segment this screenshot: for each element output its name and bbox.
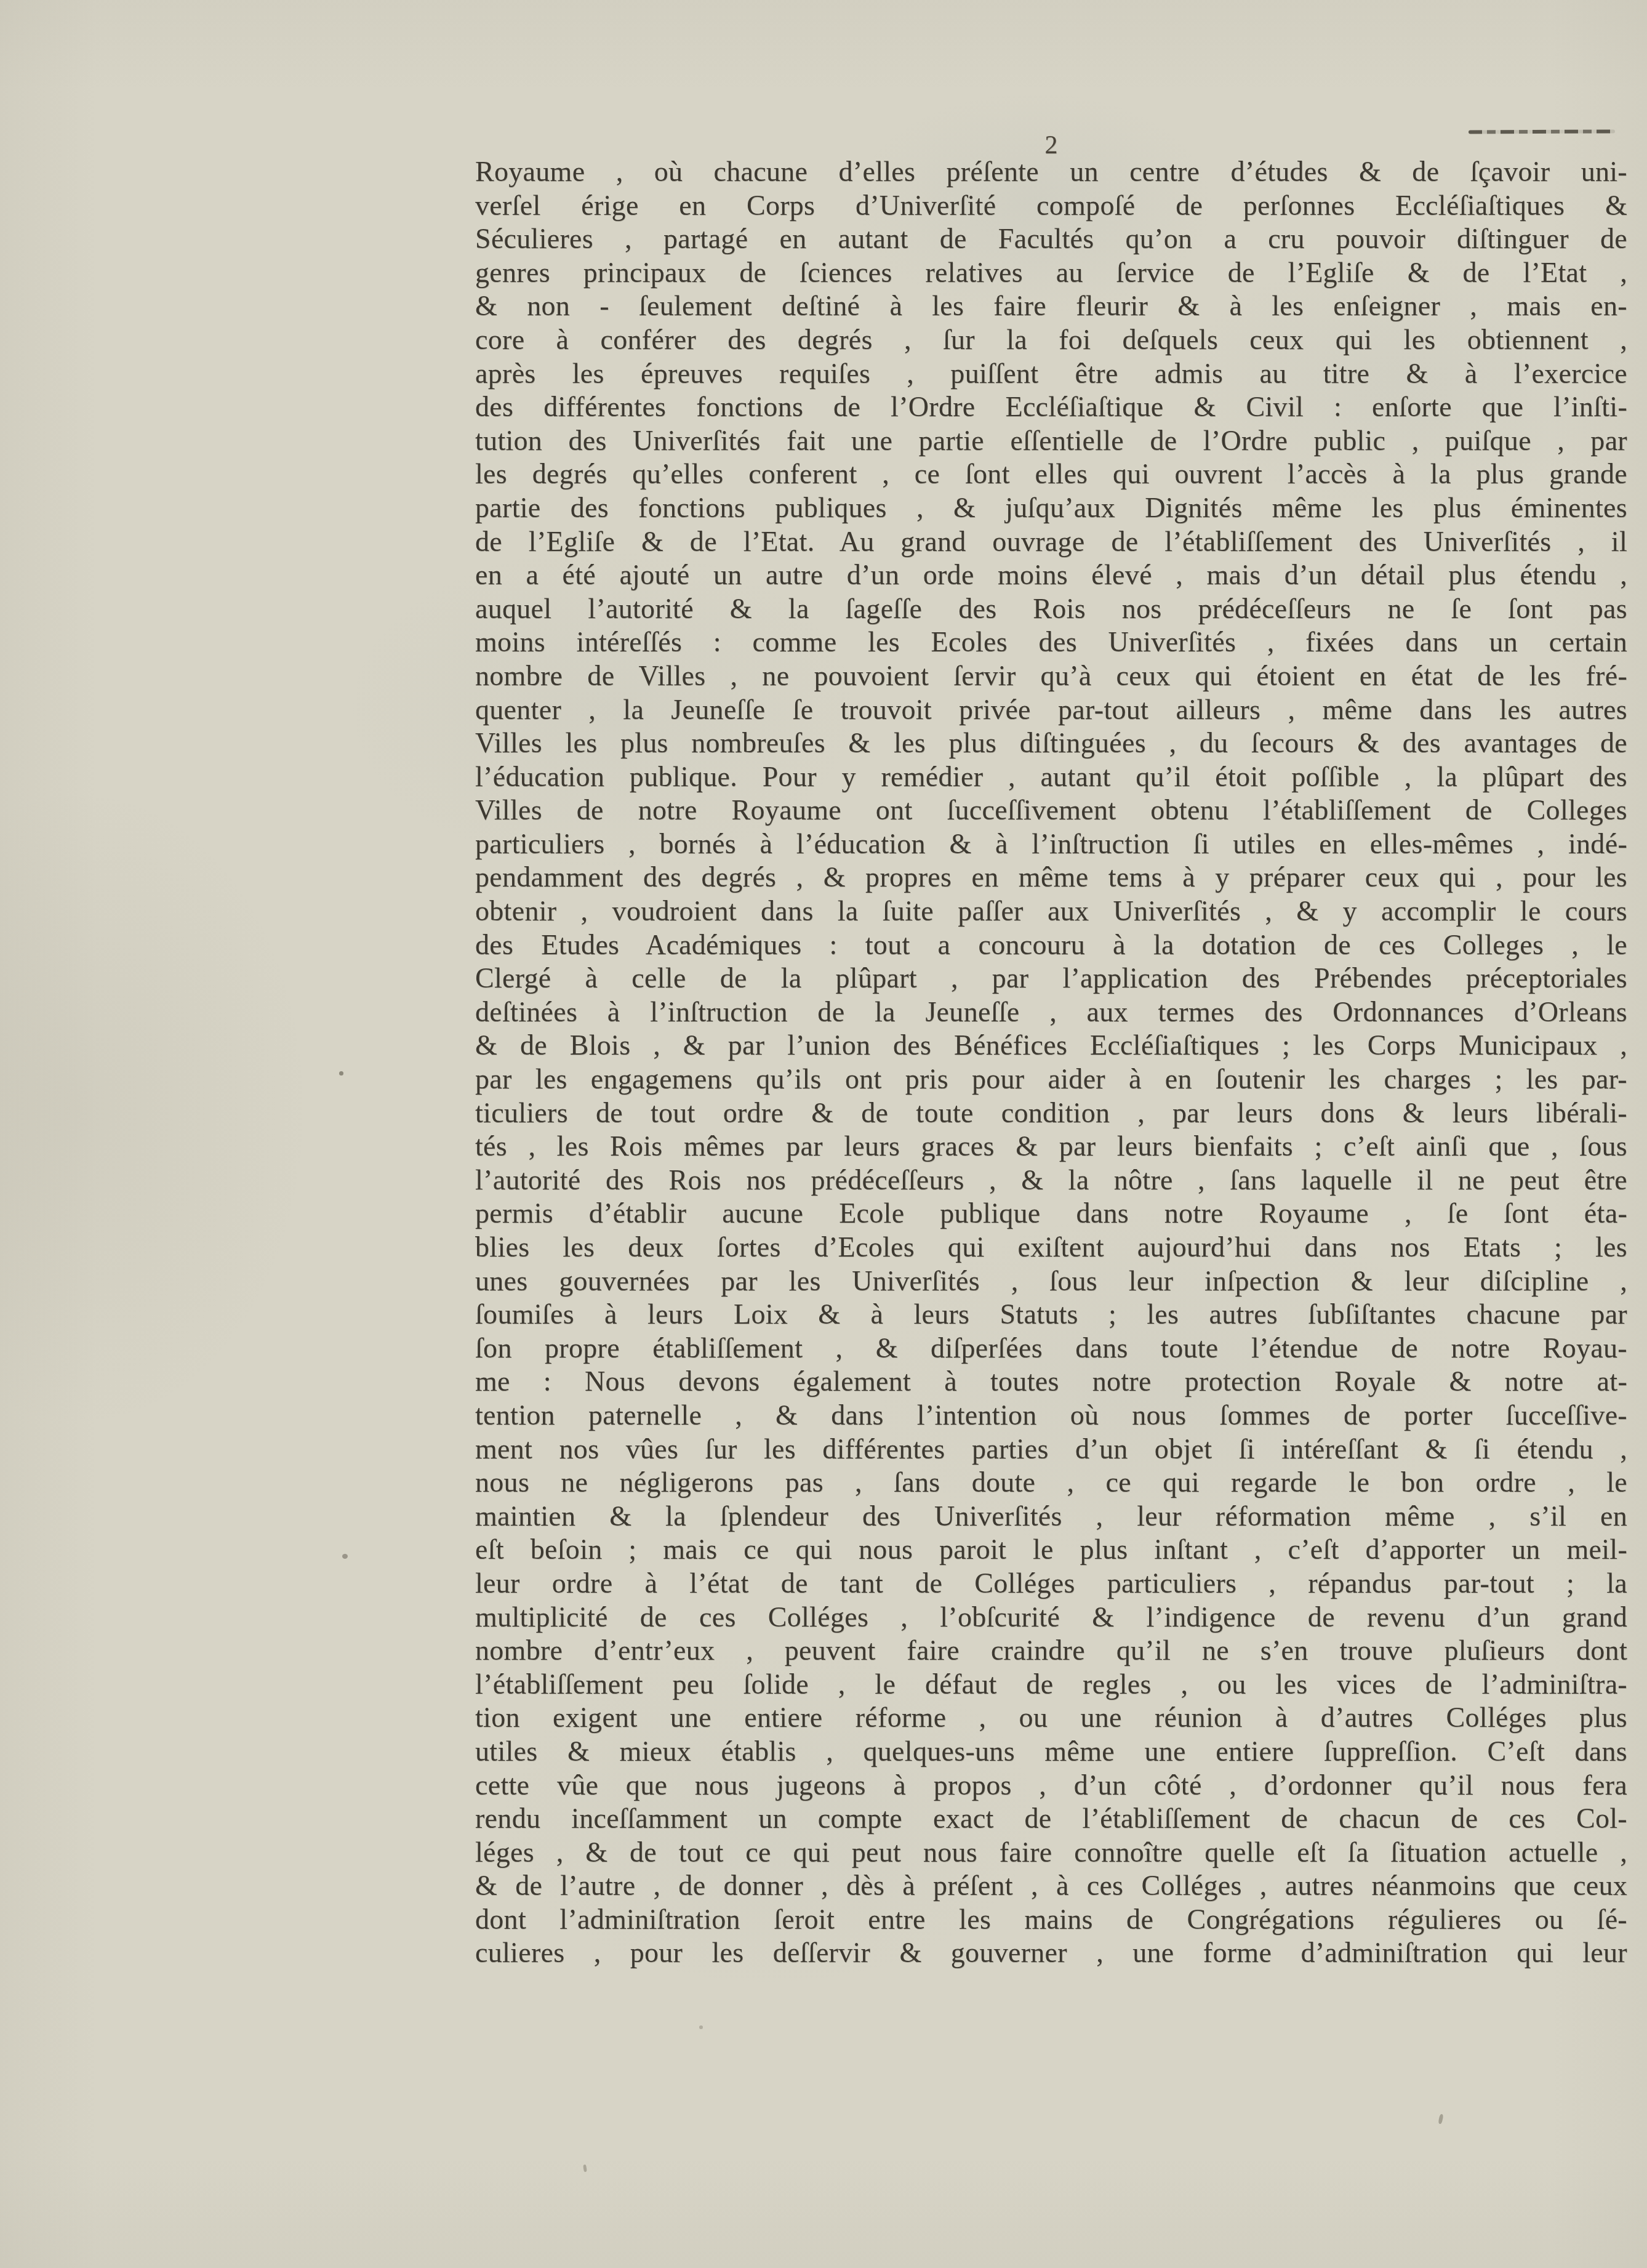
text-line: permis d’établir aucune Ecole publique d…: [475, 1197, 1627, 1231]
text-line: partie des fonctions publiques , & juſqu…: [475, 491, 1627, 525]
text-line: unes gouvernées par les Univerſités , ſo…: [475, 1265, 1627, 1298]
text-line: multiplicité de ces Colléges , l’obſcuri…: [475, 1601, 1627, 1635]
text-line: moins intéreſſés : comme les Ecoles des …: [475, 625, 1627, 659]
text-line: de l’Egliſe & de l’Etat. Au grand ouvrag…: [475, 525, 1627, 559]
text-line: & de l’autre , de donner , dès à préſent…: [475, 1869, 1627, 1903]
text-line: léges , & de tout ce qui peut nous faire…: [475, 1836, 1627, 1870]
text-line: Villes les plus nombreuſes & les plus di…: [475, 726, 1627, 760]
text-line: deſtinées à l’inſtruction de la Jeuneſſe…: [475, 995, 1627, 1029]
text-line: tés , les Rois mêmes par leurs graces & …: [475, 1130, 1627, 1164]
text-line: l’établiſſement peu ſolide , le défaut d…: [475, 1668, 1627, 1702]
text-line: me : Nous devons également à toutes notr…: [475, 1365, 1627, 1399]
text-line: core à conférer des degrés , ſur la foi …: [475, 323, 1627, 357]
text-line: tion exigent une entiere réforme , ou un…: [475, 1701, 1627, 1735]
text-line: nombre de Villes , ne pouvoient ſervir q…: [475, 659, 1627, 693]
text-line: auquel l’autorité & la ſageſſe des Rois …: [475, 592, 1627, 626]
ink-speck: [583, 2165, 587, 2173]
text-line: rendu inceſſamment un compte exact de l’…: [475, 1802, 1627, 1836]
text-line: les degrés qu’elles conferent , ce ſont …: [475, 457, 1627, 491]
text-line: culieres , pour les deſſervir & gouverne…: [475, 1936, 1627, 1970]
text-line: l’éducation publique. Pour y remédier , …: [475, 760, 1627, 794]
text-line: par les engagemens qu’ils ont pris pour …: [475, 1063, 1627, 1096]
text-line: utiles & mieux établis , quelques-uns mê…: [475, 1735, 1627, 1769]
text-line: & non - ſeulement deſtiné à les faire fl…: [475, 289, 1627, 323]
text-line: ment nos vûes ſur les différentes partie…: [475, 1433, 1627, 1466]
text-line: l’autorité des Rois nos prédéceſſeurs , …: [475, 1164, 1627, 1197]
text-line: Royaume , où chacune d’elles préſente un…: [475, 155, 1627, 189]
text-line: tention paternelle , & dans l’intention …: [475, 1399, 1627, 1433]
text-line: tution des Univerſités fait une partie e…: [475, 424, 1627, 458]
text-line: eſt beſoin ; mais ce qui nous paroit le …: [475, 1533, 1627, 1567]
text-line: verſel érige en Corps d’Univerſité compo…: [475, 189, 1627, 223]
text-line: Séculieres , partagé en autant de Facult…: [475, 222, 1627, 256]
text-line: obtenir , voudroient dans la ſuite paſſe…: [475, 895, 1627, 928]
ink-speck: [342, 1554, 348, 1559]
text-line: quenter , la Jeuneſſe ſe trouvoit privée…: [475, 693, 1627, 727]
text-line: après les épreuves requiſes , puiſſent ê…: [475, 357, 1627, 391]
text-line: en a été ajouté un autre d’un orde moins…: [475, 558, 1627, 592]
text-line: blies les deux ſortes d’Ecoles qui exiſt…: [475, 1231, 1627, 1265]
text-line: Villes de notre Royaume ont ſucceſſiveme…: [475, 794, 1627, 827]
text-line: ticuliers de tout ordre & de toute condi…: [475, 1096, 1627, 1130]
text-line: maintien & la ſplendeur des Univerſités …: [475, 1500, 1627, 1534]
ink-speck: [339, 1071, 343, 1076]
text-line: nombre d’entr’eux , peuvent faire craind…: [475, 1634, 1627, 1668]
text-line: & de Blois , & par l’union des Bénéfices…: [475, 1029, 1627, 1063]
text-line: pendamment des degrés , & propres en mêm…: [475, 861, 1627, 895]
text-line: des différentes fonctions de l’Ordre Ecc…: [475, 390, 1627, 424]
ink-speck: [1438, 2114, 1443, 2125]
text-line: dont l’adminiſtration ſeroit entre les m…: [475, 1903, 1627, 1937]
body-text: Royaume , où chacune d’elles préſente un…: [475, 155, 1627, 1970]
text-line: des Etudes Académiques : tout a concouru…: [475, 928, 1627, 962]
text-line: leur ordre à l’état de tant de Colléges …: [475, 1567, 1627, 1601]
text-line: particuliers , bornés à l’éducation & à …: [475, 827, 1627, 861]
text-line: nous ne négligerons pas , ſans doute , c…: [475, 1466, 1627, 1500]
ink-speck: [699, 2025, 703, 2029]
text-line: ſon propre établiſſement , & diſperſées …: [475, 1332, 1627, 1365]
text-line: ſoumiſes à leurs Loix & à leurs Statuts …: [475, 1298, 1627, 1332]
text-line: cette vûe que nous jugeons à propos , d’…: [475, 1769, 1627, 1803]
text-line: genres principaux de ſciences relatives …: [475, 256, 1627, 290]
text-line: Clergé à celle de la plûpart , par l’app…: [475, 962, 1627, 995]
